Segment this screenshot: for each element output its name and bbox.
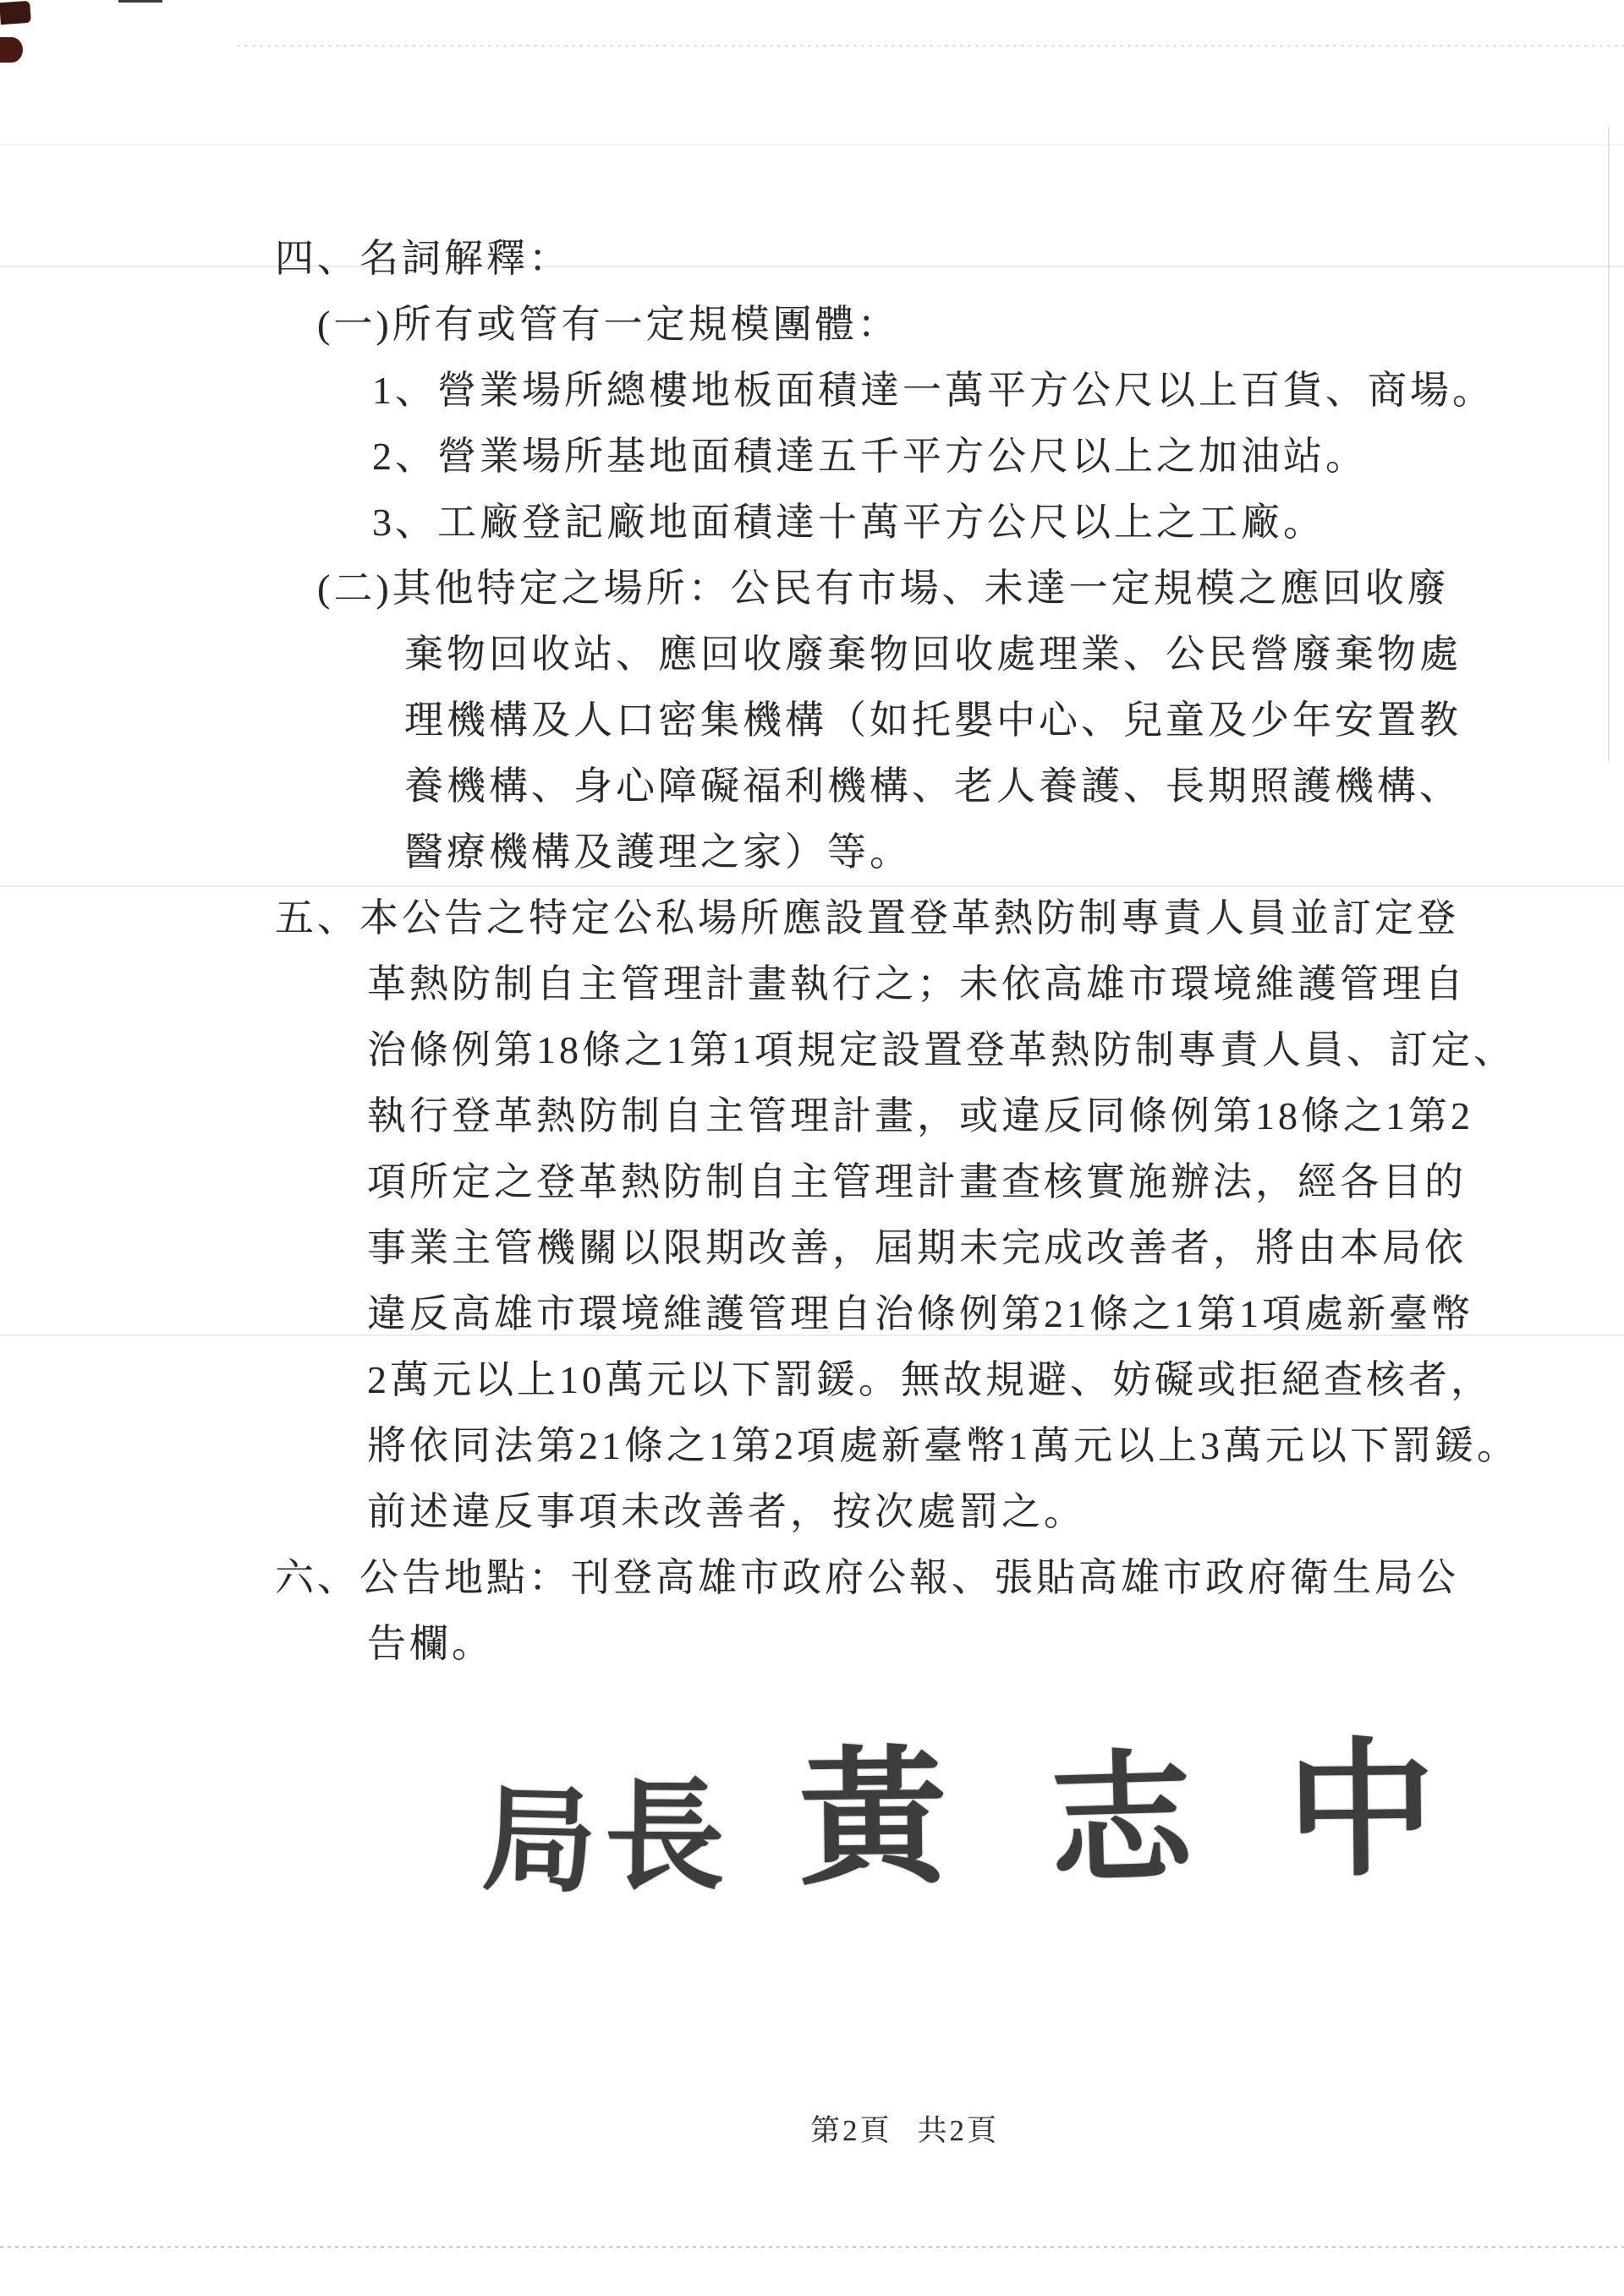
clause-2-line-2: 棄物回收站、應回收廢棄物回收處理業、公民營廢棄物處 — [404, 622, 1624, 688]
scan-artifact-line — [0, 144, 1624, 145]
section-5-line-2: 革熱防制自主管理計畫執行之；未依高雄市環境維護管理自 — [367, 951, 1624, 1017]
page-number-footer: 第2頁共2頁 — [810, 2107, 999, 2150]
section-6-line-1: 六、公告地點：刊登高雄市政府公報、張貼高雄市政府衛生局公 — [275, 1545, 1624, 1611]
section-5-line-6: 事業主管機關以限期改善，屆期未完成改善者，將由本局依 — [367, 1215, 1624, 1281]
scanned-document-page: { "content": { "lines": [ "四、名詞解釋：", "(一… — [0, 0, 1624, 2296]
signature-char-name-2: 志 — [1048, 1749, 1194, 1895]
director-signature: 局 長 黃 志 中 — [481, 1735, 1437, 1965]
clause-1-item-1: 1、營業場所總樓地板面積達一萬平方公尺以上百貨、商場。 — [372, 358, 1624, 424]
section-4-heading: 四、名詞解釋： — [275, 226, 1624, 292]
section-5-line-5: 項所定之登革熱防制自主管理計畫查核實施辦法，經各目的 — [367, 1149, 1624, 1215]
total-pages-label: 共2頁 — [918, 2114, 1000, 2147]
section-6-line-2: 告欄。 — [367, 1611, 1624, 1677]
announcement-body: 四、名詞解釋： (一)所有或管有一定規模團體： 1、營業場所總樓地板面積達一萬平… — [0, 226, 1624, 1677]
clause-1-item-3: 3、工廠登記廠地面積達十萬平方公尺以上之工廠。 — [372, 490, 1624, 556]
scan-artifact-line-top — [237, 45, 1624, 47]
corner-mark — [0, 37, 23, 63]
signature-char-title-1: 局 — [480, 1784, 597, 1901]
clause-2-line-5: 醫療機構及護理之家）等。 — [404, 819, 1624, 885]
corner-mark — [0, 1, 31, 25]
clause-1-item-2: 2、營業場所基地面積達五千平方公尺以上之加油站。 — [372, 424, 1624, 490]
edge-notch — [118, 0, 162, 3]
current-page-label: 第2頁 — [810, 2114, 892, 2147]
section-5-line-8: 2萬元以上10萬元以下罰鍰。無故規避、妨礙或拒絕查核者， — [367, 1347, 1624, 1413]
section-5-line-10: 前述違反事項未改善者，按次處罰之。 — [367, 1479, 1624, 1545]
section-5-line-3: 治條例第18條之1第1項規定設置登革熱防制專責人員、訂定、 — [367, 1017, 1624, 1083]
section-5-line-4: 執行登革熱防制自主管理計畫，或違反同條例第18條之1第2 — [367, 1083, 1624, 1149]
section-5-line-9: 將依同法第21條之1第2項處新臺幣1萬元以上3萬元以下罰鍰。 — [367, 1413, 1624, 1479]
clause-1-heading: (一)所有或管有一定規模團體： — [317, 292, 1624, 358]
section-5-line-7: 違反高雄市環境維護管理自治條例第21條之1第1項處新臺幣 — [367, 1281, 1624, 1347]
clause-2-line-4: 養機構、身心障礙福利機構、老人養護、長期照護機構、 — [404, 753, 1624, 819]
section-5-line-1: 五、本公告之特定公私場所應設置登革熱防制專責人員並訂定登 — [275, 885, 1624, 951]
clause-2-line-3: 理機構及人口密集機構（如托嬰中心、兒童及少年安置教 — [404, 688, 1624, 753]
signature-char-name-1: 黃 — [798, 1745, 948, 1895]
scan-artifact-line-bottom — [0, 2246, 1624, 2248]
signature-char-name-3: 中 — [1287, 1737, 1436, 1887]
clause-2-line-1: (二)其他特定之場所：公民有市場、未達一定規模之應回收廢 — [317, 556, 1624, 622]
signature-char-title-2: 長 — [604, 1777, 725, 1898]
